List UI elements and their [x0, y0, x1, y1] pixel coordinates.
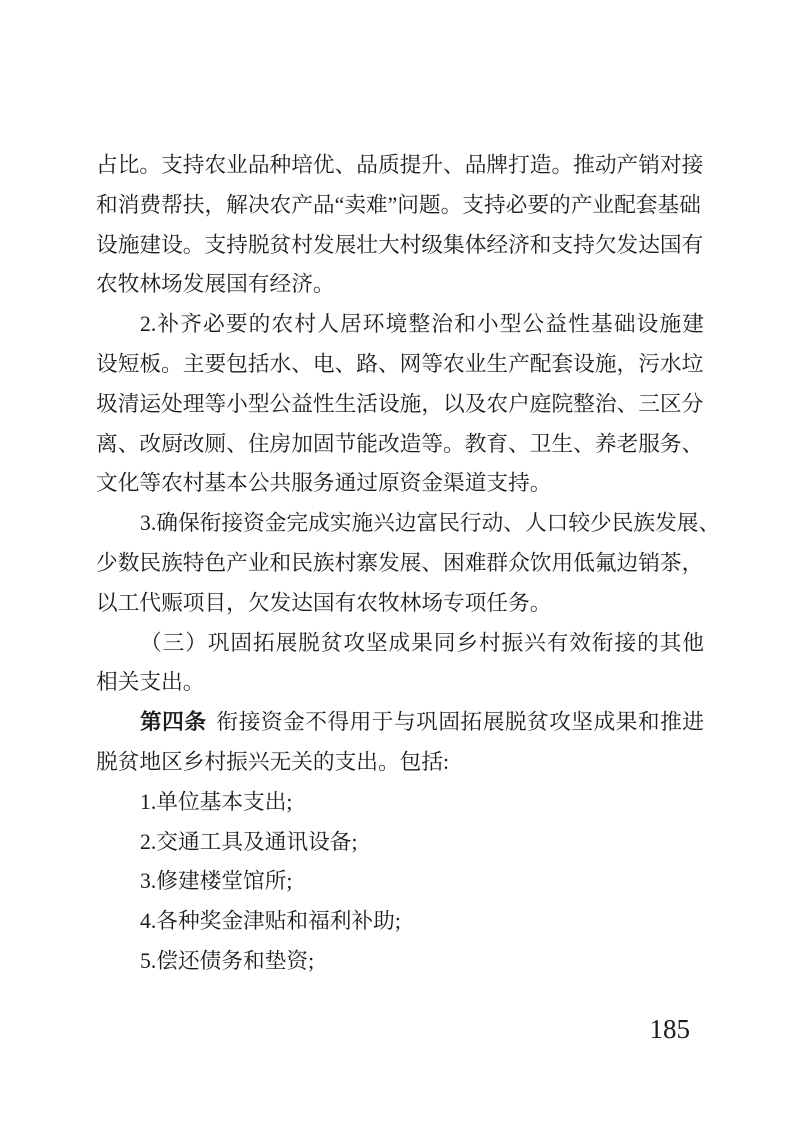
text-line: 4.各种奖金津贴和福利补助; — [96, 902, 704, 942]
line-text: 2.交通工具及通讯设备; — [140, 830, 357, 854]
text-line: 文化等农村基本公共服务通过原资金渠道支持。 — [96, 464, 704, 504]
text-line: 设施建设。支持脱贫村发展壮大村级集体经济和支持欠发达国有 — [96, 226, 704, 266]
text-line: 第四条衔接资金不得用于与巩固拓展脱贫攻坚成果和推进 — [96, 703, 704, 743]
text-line: 圾清运处理等小型公益性生活设施，以及农户庭院整治、三区分 — [96, 385, 704, 425]
line-text: 5.偿还债务和垫资; — [140, 949, 314, 973]
text-line: 5.偿还债务和垫资; — [96, 942, 704, 982]
document-body: 占比。支持农业品种培优、品质提升、品牌打造。推动产销对接和消费帮扶，解决农产品“… — [96, 146, 704, 982]
line-text: 3.修建楼堂馆所; — [140, 869, 292, 893]
article-heading: 第四条 — [140, 710, 207, 734]
line-text: 2.补齐必要的农村人居环境整治和小型公益性基础设施建 — [140, 312, 704, 336]
text-line: 少数民族特色产业和民族村寨发展、困难群众饮用低氟边销茶， — [96, 544, 704, 584]
text-line: 3.确保衔接资金完成实施兴边富民行动、人口较少民族发展、 — [96, 504, 704, 544]
text-line: 2.补齐必要的农村人居环境整治和小型公益性基础设施建 — [96, 305, 704, 345]
text-line: 1.单位基本支出; — [96, 783, 704, 823]
text-line: （三）巩固拓展脱贫攻坚成果同乡村振兴有效衔接的其他 — [96, 624, 704, 664]
line-text: 1.单位基本支出; — [140, 790, 292, 814]
text-line: 和消费帮扶，解决农产品“卖难”问题。支持必要的产业配套基础 — [96, 186, 704, 226]
line-text: 3.确保衔接资金完成实施兴边富民行动、人口较少民族发展、 — [140, 511, 720, 535]
text-line: 相关支出。 — [96, 663, 704, 703]
line-text: 设短板。主要包括水、电、路、网等农业生产配套设施，污水垃 — [96, 352, 703, 376]
line-text: 占比。支持农业品种培优、品质提升、品牌打造。推动产销对接 — [96, 153, 703, 177]
text-line: 农牧林场发展国有经济。 — [96, 265, 704, 305]
line-text: 离、改厨改厕、住房加固节能改造等。教育、卫生、养老服务、 — [96, 432, 703, 456]
line-text: 圾清运处理等小型公益性生活设施，以及农户庭院整治、三区分 — [96, 392, 703, 416]
text-line: 3.修建楼堂馆所; — [96, 862, 704, 902]
text-line: 以工代赈项目，欠发达国有农牧林场专项任务。 — [96, 584, 704, 624]
text-line: 2.交通工具及通讯设备; — [96, 823, 704, 863]
text-line: 占比。支持农业品种培优、品质提升、品牌打造。推动产销对接 — [96, 146, 704, 186]
line-text: 文化等农村基本公共服务通过原资金渠道支持。 — [96, 471, 551, 495]
line-text: 4.各种奖金津贴和福利补助; — [140, 909, 401, 933]
line-text: （三）巩固拓展脱贫攻坚成果同乡村振兴有效衔接的其他 — [140, 631, 704, 655]
line-text: 相关支出。 — [96, 670, 204, 694]
line-text: 设施建设。支持脱贫村发展壮大村级集体经济和支持欠发达国有 — [96, 233, 703, 257]
text-line: 设短板。主要包括水、电、路、网等农业生产配套设施，污水垃 — [96, 345, 704, 385]
text-line: 脱贫地区乡村振兴无关的支出。包括: — [96, 743, 704, 783]
line-text: 衔接资金不得用于与巩固拓展脱贫攻坚成果和推进 — [217, 710, 704, 734]
line-text: 和消费帮扶，解决农产品“卖难”问题。支持必要的产业配套基础 — [96, 193, 701, 217]
line-text: 农牧林场发展国有经济。 — [96, 272, 335, 296]
page-number: 185 — [650, 1014, 691, 1044]
line-text: 脱贫地区乡村振兴无关的支出。包括: — [96, 750, 449, 774]
line-text: 以工代赈项目，欠发达国有农牧林场专项任务。 — [96, 591, 551, 615]
text-line: 离、改厨改厕、住房加固节能改造等。教育、卫生、养老服务、 — [96, 425, 704, 465]
line-text: 少数民族特色产业和民族村寨发展、困难群众饮用低氟边销茶， — [96, 551, 703, 575]
